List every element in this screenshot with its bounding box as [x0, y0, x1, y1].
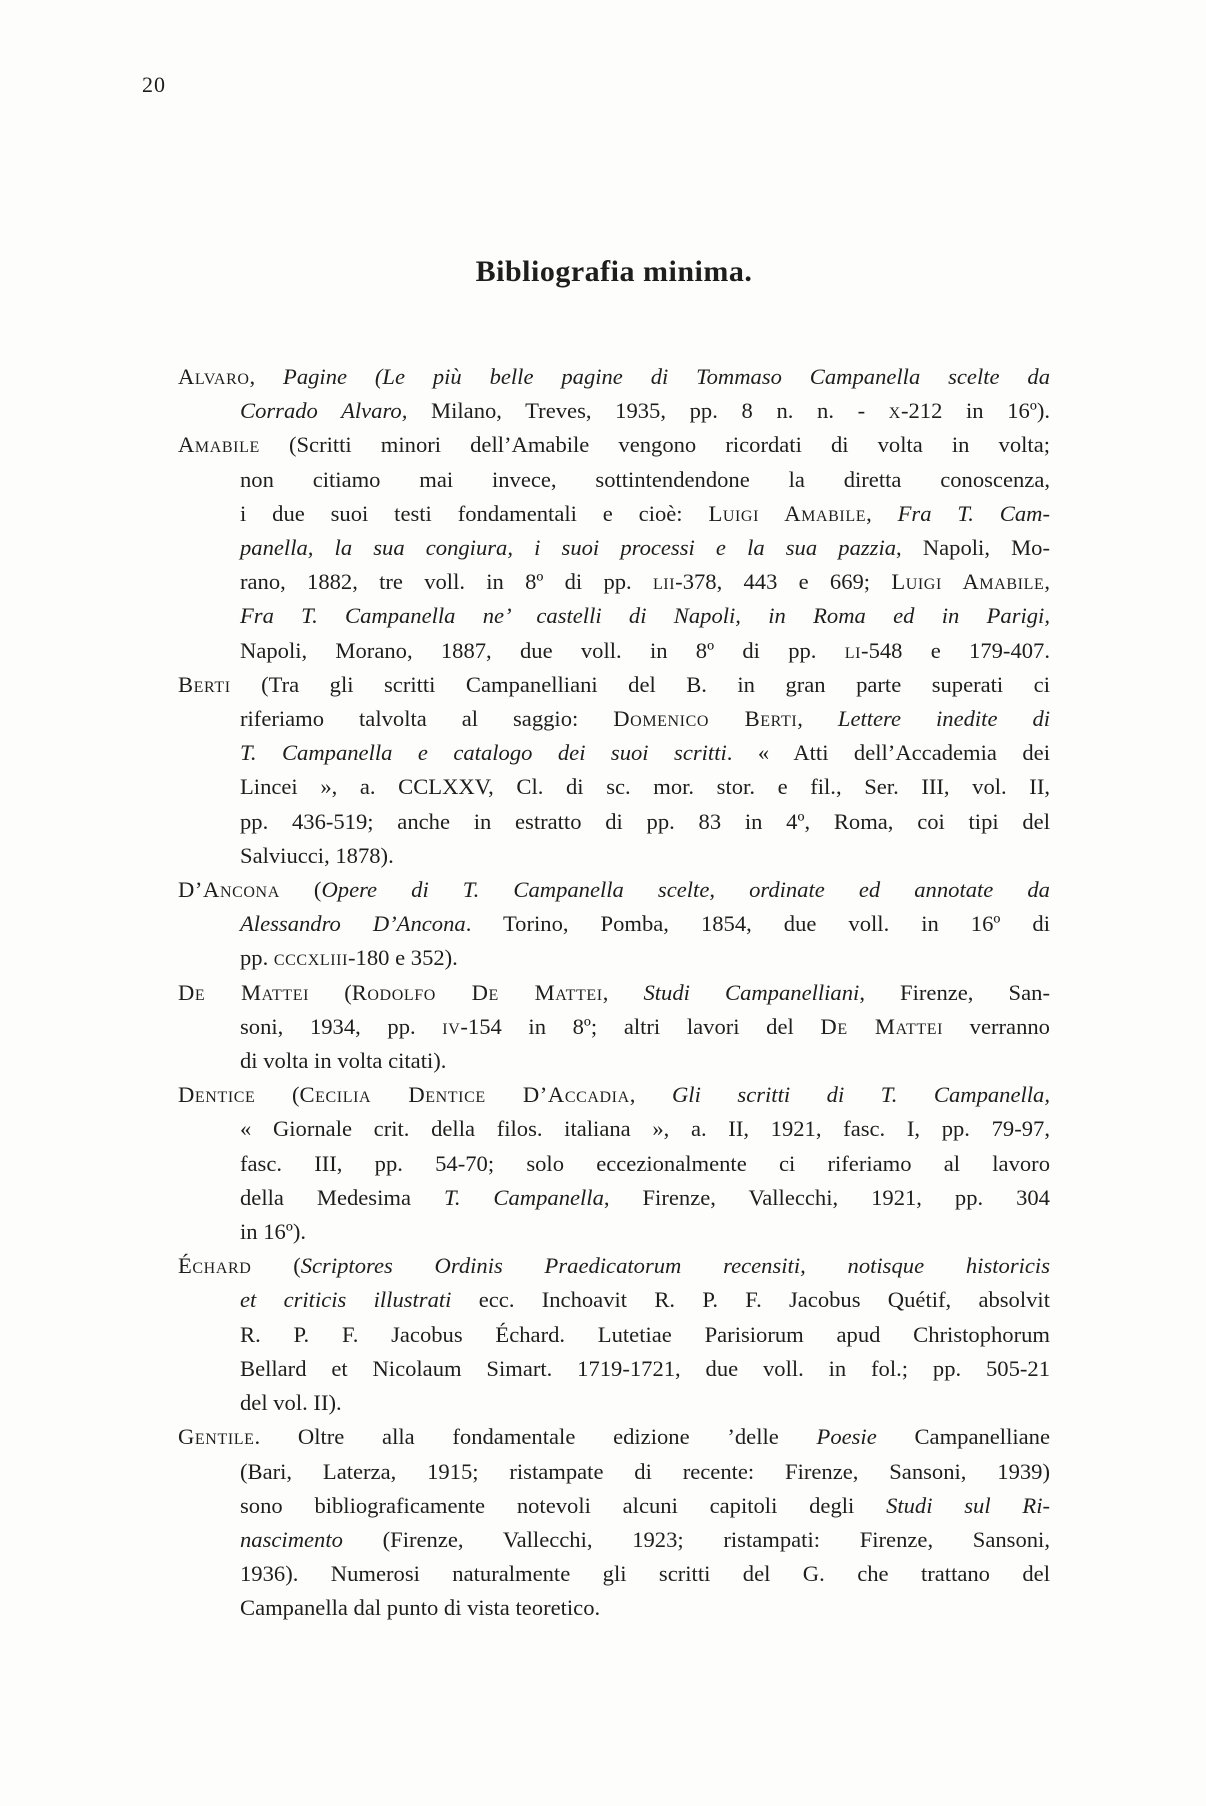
- bib-text-segment: ,: [250, 364, 284, 389]
- bib-text-segment: soni, 1934, pp.: [240, 1014, 442, 1039]
- bib-text-segment: (Bari, Laterza, 1915; ristampate di rece…: [240, 1459, 1050, 1484]
- bib-text-segment: Corrado Alvaro,: [240, 398, 407, 423]
- bib-text-segment: , Firenze, San-: [859, 980, 1050, 1005]
- bib-text-segment: (Scritti minori dell’Amabile vengono ric…: [260, 432, 1050, 457]
- bib-text-segment: della Medesima: [240, 1185, 444, 1210]
- bib-line: i due suoi testi fondamentali e cioè: Lu…: [178, 497, 1050, 531]
- bib-text-segment: Lettere inedite di: [838, 706, 1050, 731]
- bib-text-segment: (: [309, 980, 352, 1005]
- bib-line: 1936). Numerosi naturalmente gli scritti…: [178, 1557, 1050, 1591]
- bib-text-segment: -180 e 352).: [348, 945, 458, 970]
- bib-line: pp. cccxliii-180 e 352).: [178, 941, 1050, 975]
- bib-line: non citiamo mai invece, sottintendendone…: [178, 463, 1050, 497]
- page-title: Bibliografia minima.: [178, 255, 1050, 289]
- bib-text-segment: . « Atti dell’Accademia dei: [727, 740, 1050, 765]
- bib-line: Alessandro D’Ancona. Torino, Pomba, 1854…: [178, 907, 1050, 941]
- bib-entry-echard: Échard (Scriptores Ordinis Praedicatorum…: [178, 1249, 1050, 1420]
- bib-text-segment: Napoli, Morano, 1887, due voll. in 8º di…: [240, 638, 845, 663]
- bib-line: Dentice (Cecilia Dentice D’Accadia, Gli …: [178, 1078, 1050, 1112]
- bib-text-segment: (: [255, 1082, 299, 1107]
- bib-text-segment: Campanella dal punto di vista teoretico.: [240, 1595, 600, 1620]
- bib-text-segment: Rodolfo De Mattei: [352, 980, 603, 1005]
- bib-text-segment: riferiamo talvolta al saggio:: [240, 706, 613, 731]
- bib-line: « Giornale crit. della filos. italiana »…: [178, 1112, 1050, 1146]
- bib-text-segment: Berti: [178, 672, 231, 697]
- bib-line: D’Ancona (Opere di T. Campanella scelte,…: [178, 873, 1050, 907]
- book-page: 20 Bibliografia minima. Alvaro, Pagine (…: [0, 0, 1206, 1806]
- bib-text-segment: -378, 443 e 669;: [675, 569, 891, 594]
- bib-text-segment: Alessandro D’Ancona: [240, 911, 466, 936]
- bib-text-segment: ecc. Inchoavit R. P. F. Jacobus Quétif, …: [451, 1287, 1050, 1312]
- bib-text-segment: nascimento: [240, 1527, 343, 1552]
- bib-line: R. P. F. Jacobus Échard. Lutetiae Parisi…: [178, 1318, 1050, 1352]
- bib-text-segment: ,: [866, 501, 898, 526]
- bib-text-segment: Scriptores Ordinis Praedicatorum recensi…: [301, 1253, 1050, 1278]
- bib-entry-berti: Berti (Tra gli scritti Campanelliani del…: [178, 668, 1050, 873]
- bib-line: riferiamo talvolta al saggio: Domenico B…: [178, 702, 1050, 736]
- bib-text-segment: Salviucci, 1878).: [240, 843, 394, 868]
- bib-line: del vol. II).: [178, 1386, 1050, 1420]
- bib-text-segment: « Giornale crit. della filos. italiana »…: [240, 1116, 1050, 1141]
- bib-entry-dentice: Dentice (Cecilia Dentice D’Accadia, Gli …: [178, 1078, 1050, 1249]
- bib-text-segment: T. Campanella e catalogo dei suoi scritt…: [240, 740, 727, 765]
- bib-text-segment: in 16º).: [240, 1219, 306, 1244]
- bib-line: Berti (Tra gli scritti Campanelliani del…: [178, 668, 1050, 702]
- bib-text-segment: , Napoli, Mo-: [896, 535, 1050, 560]
- bib-line: in 16º).: [178, 1215, 1050, 1249]
- bib-text-segment: (Tra gli scritti Campanelliani del B. in…: [231, 672, 1050, 697]
- bib-text-segment: -548 e 179-407.: [861, 638, 1050, 663]
- bib-line: et criticis illustrati ecc. Inchoavit R.…: [178, 1283, 1050, 1317]
- bib-text-segment: Poesie: [817, 1424, 877, 1449]
- bib-text-segment: sono bibliograficamente notevoli alcuni …: [240, 1493, 886, 1518]
- bib-text-segment: et criticis illustrati: [240, 1287, 451, 1312]
- bib-text-segment: Cecilia Dentice D’Accadia: [299, 1082, 629, 1107]
- bib-entry-amabile: Amabile (Scritti minori dell’Amabile ven…: [178, 428, 1050, 667]
- bib-line: nascimento (Firenze, Vallecchi, 1923; ri…: [178, 1523, 1050, 1557]
- bib-text-segment: panella, la sua congiura, i suoi process…: [240, 535, 896, 560]
- bib-line: soni, 1934, pp. iv-154 in 8º; altri lavo…: [178, 1010, 1050, 1044]
- bib-text-segment: Domenico Berti: [613, 706, 797, 731]
- bib-text-segment: del vol. II).: [240, 1390, 342, 1415]
- bib-text-segment: Gli scritti di T. Campanella,: [672, 1082, 1050, 1107]
- page-number: 20: [142, 72, 166, 98]
- bib-line: Bellard et Nicolaum Simart. 1719-1721, d…: [178, 1352, 1050, 1386]
- bib-text-segment: x: [889, 398, 901, 423]
- bib-text-segment: Pagine (Le più belle pagine di Tommaso C…: [283, 364, 1050, 389]
- bib-text-segment: di volta in volta citati).: [240, 1048, 446, 1073]
- bib-text-segment: fasc. III, pp. 54-70; solo eccezionalmen…: [240, 1151, 1050, 1176]
- bib-text-segment: pp. 436-519; anche in estratto di pp. 83…: [240, 809, 1050, 834]
- bib-text-segment: Gentile: [178, 1424, 255, 1449]
- bib-text-segment: Échard: [178, 1253, 251, 1278]
- bib-text-segment: Luigi Amabile: [708, 501, 866, 526]
- bib-text-segment: rano, 1882, tre voll. in 8º di pp.: [240, 569, 653, 594]
- bib-text-segment: D’Ancona: [178, 877, 280, 902]
- bib-text-segment: Campanelliane: [877, 1424, 1050, 1449]
- bib-text-segment: Lincei », a. CCLXXV, Cl. di sc. mor. sto…: [240, 774, 1050, 799]
- bib-text-segment: Opere di T. Campanella scelte, ordinate …: [321, 877, 1050, 902]
- bib-text-segment: -154 in 8º; altri lavori del: [460, 1014, 820, 1039]
- bib-text-segment: ,: [1044, 569, 1050, 594]
- bib-text-segment: . Torino, Pomba, 1854, due voll. in 16º …: [466, 911, 1050, 936]
- bib-text-segment: li: [845, 638, 861, 663]
- bib-text-segment: Studi Campanelliani: [643, 980, 859, 1005]
- bib-text-segment: Fra T. Cam-: [898, 501, 1050, 526]
- bib-line: della Medesima T. Campanella, Firenze, V…: [178, 1181, 1050, 1215]
- bib-text-segment: i due suoi testi fondamentali e cioè:: [240, 501, 708, 526]
- bibliography: Alvaro, Pagine (Le più belle pagine di T…: [178, 360, 1050, 1626]
- bib-entry-alvaro: Alvaro, Pagine (Le più belle pagine di T…: [178, 360, 1050, 428]
- bib-text-segment: pp.: [240, 945, 274, 970]
- bib-text-segment: ,: [630, 1082, 672, 1107]
- bib-line: T. Campanella e catalogo dei suoi scritt…: [178, 736, 1050, 770]
- bib-text-segment: T. Campanella: [444, 1185, 604, 1210]
- bib-line: Alvaro, Pagine (Le più belle pagine di T…: [178, 360, 1050, 394]
- bib-text-segment: Fra T. Campanella ne’ castelli di Napoli…: [240, 603, 1050, 628]
- bib-line: Échard (Scriptores Ordinis Praedicatorum…: [178, 1249, 1050, 1283]
- bib-line: Salviucci, 1878).: [178, 839, 1050, 873]
- bib-text-segment: Luigi Amabile: [891, 569, 1044, 594]
- bib-line: Corrado Alvaro, Milano, Treves, 1935, pp…: [178, 394, 1050, 428]
- bib-line: di volta in volta citati).: [178, 1044, 1050, 1078]
- bib-text-segment: De Mattei: [820, 1014, 943, 1039]
- bib-text-segment: Milano, Treves, 1935, pp. 8 n. n. -: [407, 398, 888, 423]
- bib-text-segment: -212 in 16º).: [901, 398, 1050, 423]
- bib-line: Lincei », a. CCLXXV, Cl. di sc. mor. sto…: [178, 770, 1050, 804]
- bib-text-segment: Dentice: [178, 1082, 255, 1107]
- bib-text-segment: ,: [603, 980, 644, 1005]
- bib-line: Campanella dal punto di vista teoretico.: [178, 1591, 1050, 1625]
- bib-text-segment: (: [251, 1253, 300, 1278]
- bib-text-segment: iv: [442, 1014, 460, 1039]
- bib-text-segment: R. P. F. Jacobus Échard. Lutetiae Parisi…: [240, 1322, 1050, 1347]
- bib-line: pp. 436-519; anche in estratto di pp. 83…: [178, 805, 1050, 839]
- bib-text-segment: . Oltre alla fondamentale edizione ’dell…: [255, 1424, 817, 1449]
- bib-text-segment: Studi sul Ri-: [886, 1493, 1050, 1518]
- bib-text-segment: Bellard et Nicolaum Simart. 1719-1721, d…: [240, 1356, 1050, 1381]
- bib-line: Fra T. Campanella ne’ castelli di Napoli…: [178, 599, 1050, 633]
- bib-text-segment: verranno: [943, 1014, 1050, 1039]
- bib-line: rano, 1882, tre voll. in 8º di pp. lii-3…: [178, 565, 1050, 599]
- bib-entry-de-mattei: De Mattei (Rodolfo De Mattei, Studi Camp…: [178, 976, 1050, 1079]
- bib-text-segment: 1936). Numerosi naturalmente gli scritti…: [240, 1561, 1050, 1586]
- bib-text-segment: ,: [797, 706, 838, 731]
- bib-line: Amabile (Scritti minori dell’Amabile ven…: [178, 428, 1050, 462]
- bib-line: sono bibliograficamente notevoli alcuni …: [178, 1489, 1050, 1523]
- bib-line: (Bari, Laterza, 1915; ristampate di rece…: [178, 1455, 1050, 1489]
- bib-text-segment: lii: [653, 569, 675, 594]
- bib-line: Gentile. Oltre alla fondamentale edizion…: [178, 1420, 1050, 1454]
- bib-text-segment: (Firenze, Vallecchi, 1923; ristampati: F…: [343, 1527, 1050, 1552]
- bib-text-segment: , Firenze, Vallecchi, 1921, pp. 304: [604, 1185, 1050, 1210]
- bib-text-segment: non citiamo mai invece, sottintendendone…: [240, 467, 1050, 492]
- bib-line: panella, la sua congiura, i suoi process…: [178, 531, 1050, 565]
- bib-entry-gentile: Gentile. Oltre alla fondamentale edizion…: [178, 1420, 1050, 1625]
- bib-text-segment: (: [280, 877, 322, 902]
- bib-line: fasc. III, pp. 54-70; solo eccezionalmen…: [178, 1147, 1050, 1181]
- bib-text-segment: De Mattei: [178, 980, 309, 1005]
- bib-text-segment: cccxliii: [274, 945, 348, 970]
- bib-line: Napoli, Morano, 1887, due voll. in 8º di…: [178, 634, 1050, 668]
- bib-line: De Mattei (Rodolfo De Mattei, Studi Camp…: [178, 976, 1050, 1010]
- bib-text-segment: Alvaro: [178, 364, 250, 389]
- bib-text-segment: Amabile: [178, 432, 260, 457]
- bib-entry-d-ancona: D’Ancona (Opere di T. Campanella scelte,…: [178, 873, 1050, 976]
